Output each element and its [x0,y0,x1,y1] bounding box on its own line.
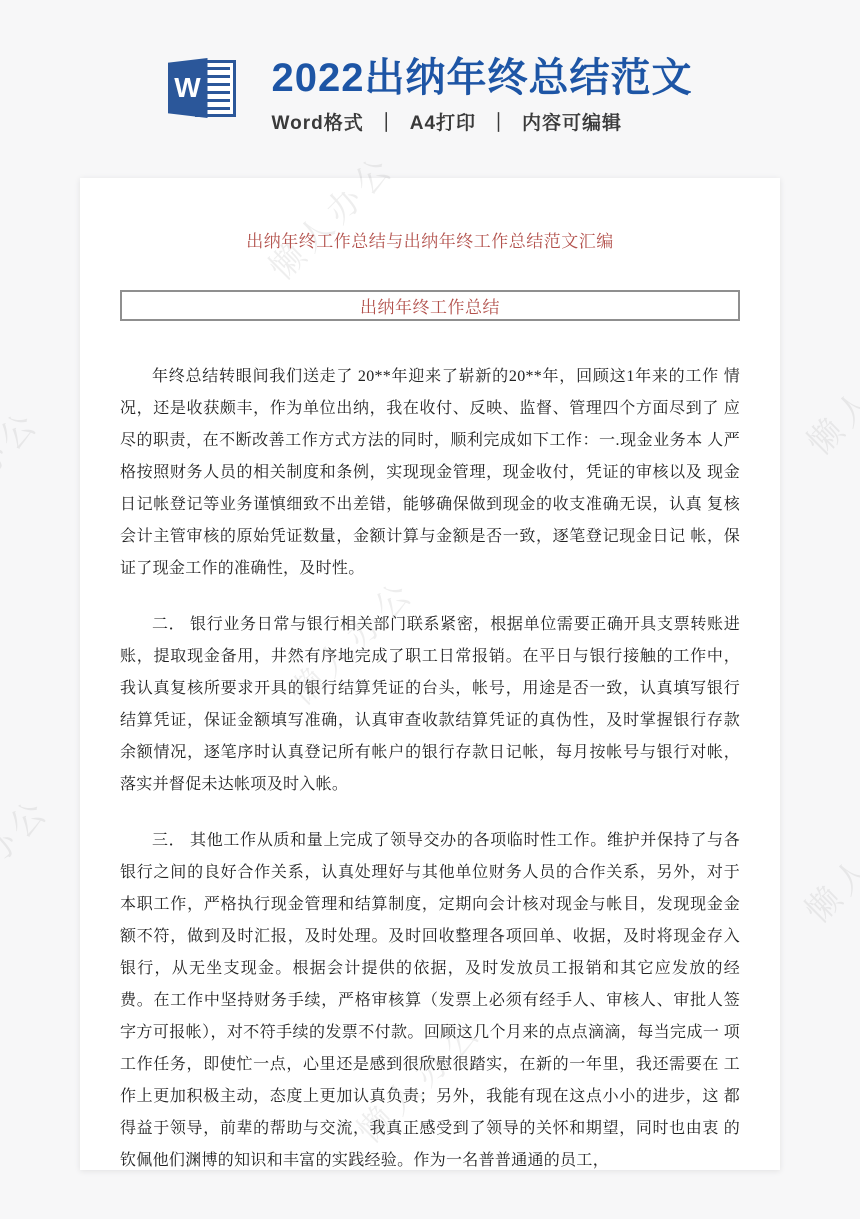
document-header: W 2022出纳年终总结范文 Word格式 ｜ A4打印 ｜ 内容可编辑 [0,0,860,135]
paragraph-3: 三． 其他工作从质和量上完成了领导交办的各项临时性工作。维护并保持了与各 银行之… [120,825,740,1170]
preview-canvas: W 2022出纳年终总结范文 Word格式 ｜ A4打印 ｜ 内容可编辑 出纳年… [0,0,860,1219]
feature-a4-print: A4打印 [410,108,476,135]
word-icon-cover: W [168,58,208,118]
feature-editable: 内容可编辑 [522,108,622,135]
word-file-icon: W [168,56,238,122]
document-title: 出纳年终工作总结与出纳年终工作总结范文汇编 [120,230,740,254]
paragraph-2: 二． 银行业务日常与银行相关部门联系紧密，根据单位需要正确开具支票转账进 账，提… [120,609,740,801]
page-title: 2022出纳年终总结范文 [272,56,693,100]
section-title: 出纳年终工作总结 [360,293,500,318]
section-title-box: 出纳年终工作总结 [120,290,740,321]
watermark-text: 懒人办公 [794,316,860,464]
document-body: 年终总结转眼间我们送走了 20**年迎来了崭新的20**年，回顾这1年来的工作 … [120,361,740,1170]
separator-bar: ｜ [489,108,509,135]
separator-bar: ｜ [377,108,397,135]
feature-line: Word格式 ｜ A4打印 ｜ 内容可编辑 [272,108,623,135]
watermark-text: 懒人办公 [792,784,860,932]
paragraph-1: 年终总结转眼间我们送走了 20**年迎来了崭新的20**年，回顾这1年来的工作 … [120,361,740,585]
word-icon-letter: W [174,74,200,102]
feature-word-format: Word格式 [272,108,364,135]
header-text-block: 2022出纳年终总结范文 Word格式 ｜ A4打印 ｜ 内容可编辑 [272,56,693,135]
watermark-text: 懒人办公 [0,784,59,932]
document-page: 出纳年终工作总结与出纳年终工作总结范文汇编 出纳年终工作总结 年终总结转眼间我们… [80,178,780,1170]
watermark-text: 懒人办公 [0,396,49,544]
